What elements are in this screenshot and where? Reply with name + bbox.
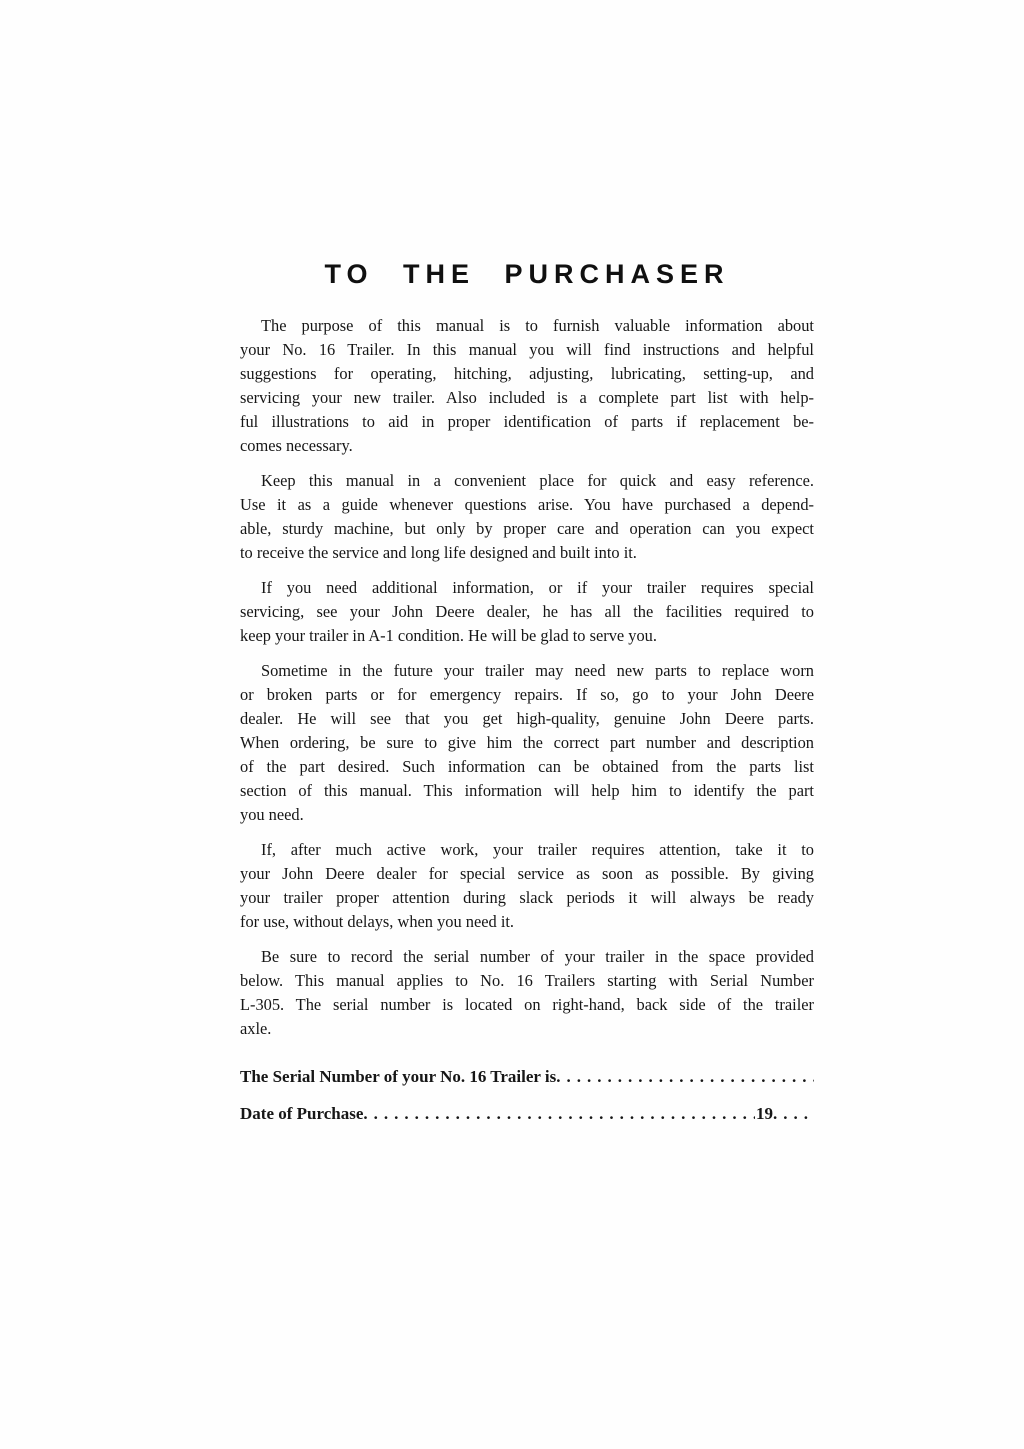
text-line: axle. [240, 1017, 814, 1041]
date-of-purchase-line: Date of Purchase........................… [240, 1102, 814, 1126]
paragraphs: The purpose of this manual is to furnish… [240, 314, 814, 1041]
year-prefix: 19 [755, 1102, 773, 1126]
text-line: servicing your new trailer. Also include… [240, 386, 814, 410]
text-line: your John Deere dealer for special servi… [240, 862, 814, 886]
text-line: your No. 16 Trailer. In this manual you … [240, 338, 814, 362]
text-line: for use, without delays, when you need i… [240, 910, 814, 934]
paragraph: If you need additional information, or i… [240, 576, 814, 648]
text-line: If you need additional information, or i… [240, 576, 814, 600]
text-line: comes necessary. [240, 434, 814, 458]
text-line: section of this manual. This information… [240, 779, 814, 803]
manual-page: TO THE PURCHASER The purpose of this man… [0, 0, 1024, 1449]
date-dot-leader: ........................................… [363, 1102, 755, 1126]
paragraph: Sometime in the future your trailer may … [240, 659, 814, 827]
text-line: below. This manual applies to No. 16 Tra… [240, 969, 814, 993]
text-line: ful illustrations to aid in proper ident… [240, 410, 814, 434]
text-line: you need. [240, 803, 814, 827]
text-line: servicing, see your John Deere dealer, h… [240, 600, 814, 624]
text-line: The purpose of this manual is to furnish… [240, 314, 814, 338]
text-line: keep your trailer in A-1 condition. He w… [240, 624, 814, 648]
serial-number-label: The Serial Number of your No. 16 Trailer… [240, 1065, 556, 1089]
text-line: able, sturdy machine, but only by proper… [240, 517, 814, 541]
text-line: L-305. The serial number is located on r… [240, 993, 814, 1017]
text-line: your trailer proper attention during sla… [240, 886, 814, 910]
serial-number-line: The Serial Number of your No. 16 Trailer… [240, 1065, 814, 1089]
paragraph: If, after much active work, your trailer… [240, 838, 814, 934]
text-line: Sometime in the future your trailer may … [240, 659, 814, 683]
text-line: to receive the service and long life des… [240, 541, 814, 565]
text-line: If, after much active work, your trailer… [240, 838, 814, 862]
paragraph: Keep this manual in a convenient place f… [240, 469, 814, 565]
text-line: When ordering, be sure to give him the c… [240, 731, 814, 755]
paragraph: Be sure to record the serial number of y… [240, 945, 814, 1041]
year-dot-leader: .... [773, 1102, 814, 1126]
text-line: or broken parts or for emergency repairs… [240, 683, 814, 707]
text-line: Be sure to record the serial number of y… [240, 945, 814, 969]
paragraph: The purpose of this manual is to furnish… [240, 314, 814, 458]
text-line: Keep this manual in a convenient place f… [240, 469, 814, 493]
page-title: TO THE PURCHASER [240, 258, 814, 290]
text-line: of the part desired. Such information ca… [240, 755, 814, 779]
text-line: suggestions for operating, hitching, adj… [240, 362, 814, 386]
text-line: dealer. He will see that you get high-qu… [240, 707, 814, 731]
serial-dot-leader: ........................................ [556, 1065, 814, 1089]
text-line: Use it as a guide whenever questions ari… [240, 493, 814, 517]
date-of-purchase-label: Date of Purchase [240, 1102, 363, 1126]
text-column: TO THE PURCHASER The purpose of this man… [240, 0, 814, 1126]
